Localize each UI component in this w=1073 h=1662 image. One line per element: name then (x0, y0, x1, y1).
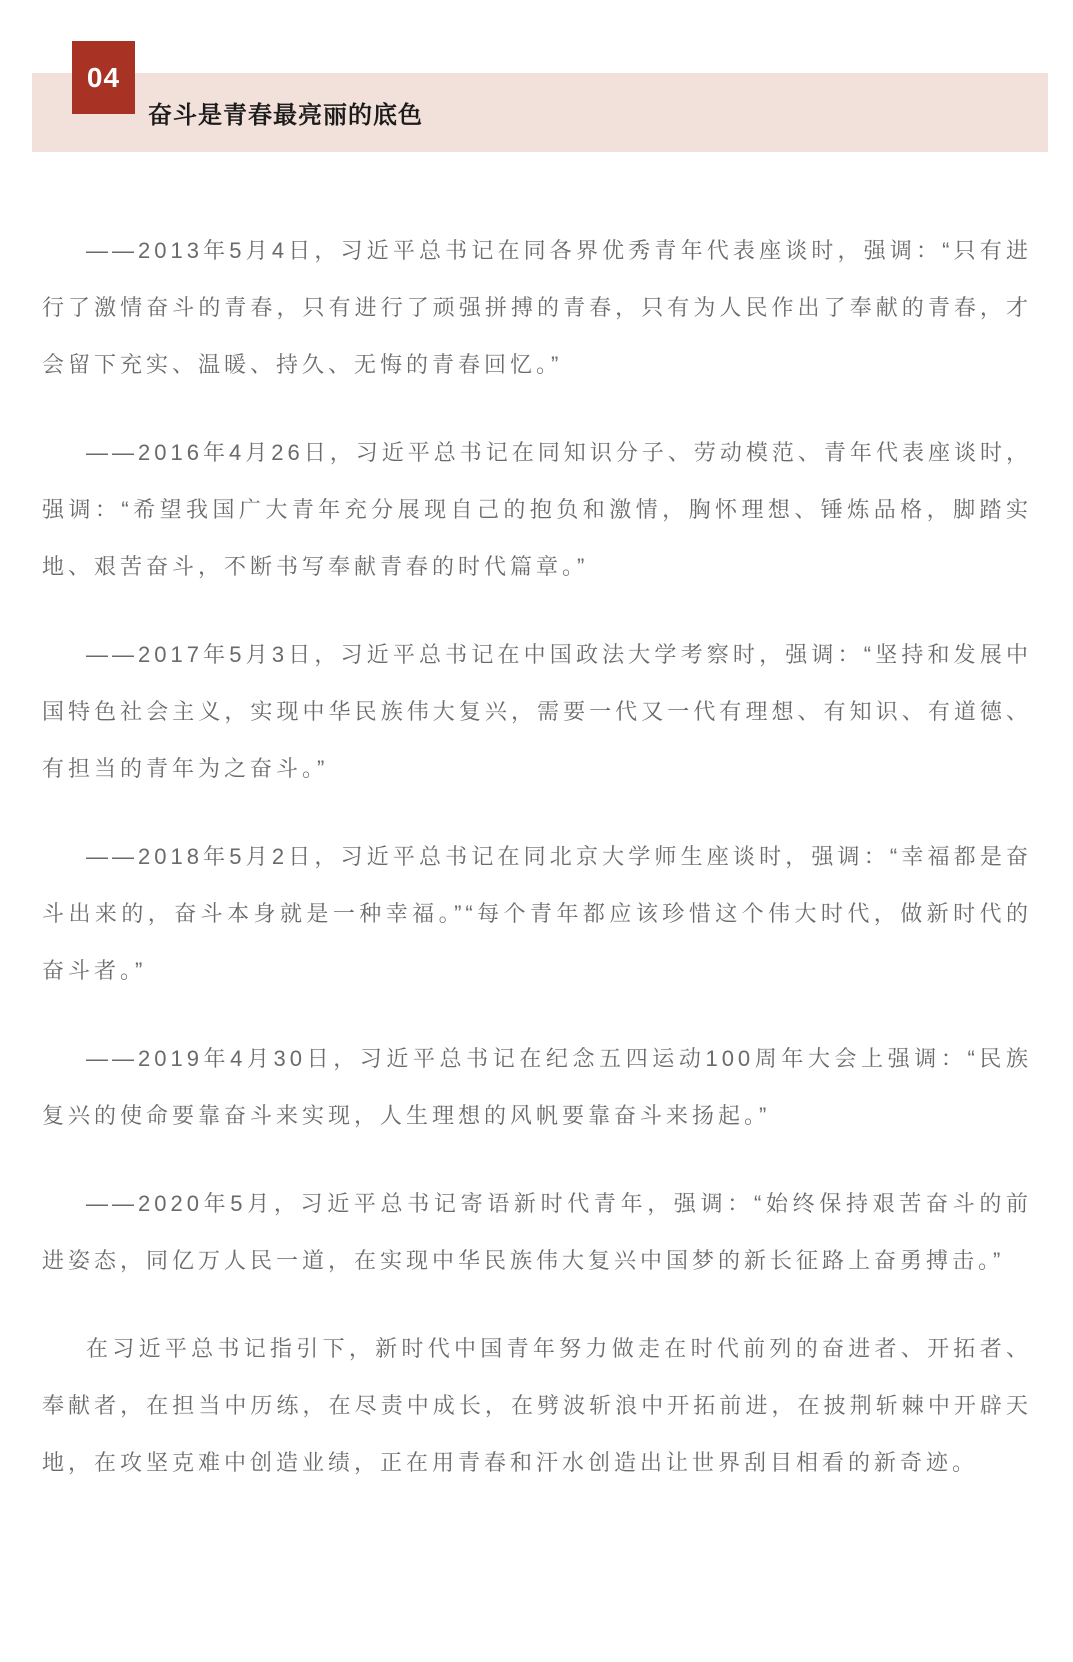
paragraph-quote-2017: ——2017年5月3日，习近平总书记在中国政法大学考察时，强调：“坚持和发展中国… (42, 626, 1032, 797)
section-banner: 奋斗是青春最亮丽的底色 (32, 73, 1048, 152)
section-header: 奋斗是青春最亮丽的底色 04 (0, 0, 1073, 152)
article-page: 奋斗是青春最亮丽的底色 04 ——2013年5月4日，习近平总书记在同各界优秀青… (0, 0, 1073, 1662)
paragraph-quote-2020: ——2020年5月，习近平总书记寄语新时代青年，强调：“始终保持艰苦奋斗的前进姿… (42, 1175, 1032, 1289)
article-body: ——2013年5月4日，习近平总书记在同各界优秀青年代表座谈时，强调：“只有进行… (0, 222, 1073, 1491)
paragraph-quote-2018: ——2018年5月2日，习近平总书记在同北京大学师生座谈时，强调：“幸福都是奋斗… (42, 828, 1032, 999)
paragraph-quote-2016: ——2016年4月26日，习近平总书记在同知识分子、劳动模范、青年代表座谈时，强… (42, 424, 1032, 595)
section-number-badge: 04 (72, 41, 135, 114)
paragraph-quote-2019: ——2019年4月30日，习近平总书记在纪念五四运动100周年大会上强调：“民族… (42, 1030, 1032, 1144)
paragraph-closing: 在习近平总书记指引下，新时代中国青年努力做走在时代前列的奋进者、开拓者、奉献者，… (42, 1320, 1032, 1491)
paragraph-quote-2013: ——2013年5月4日，习近平总书记在同各界优秀青年代表座谈时，强调：“只有进行… (42, 222, 1032, 393)
section-number: 04 (87, 62, 120, 94)
